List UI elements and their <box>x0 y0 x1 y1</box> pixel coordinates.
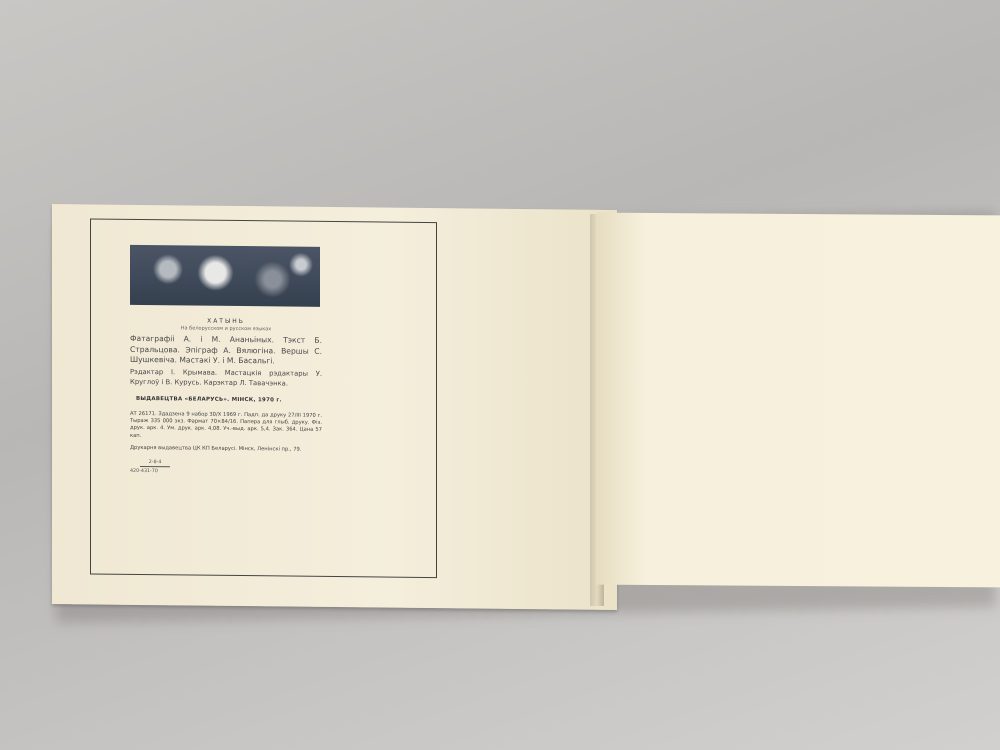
flower-photo <box>130 245 320 307</box>
right-page <box>596 213 1000 588</box>
colophon: ХАТЫНЬ На белорусском и русском языках Ф… <box>130 317 322 476</box>
book-subtitle: На белорусском и русском языках <box>130 325 322 333</box>
editors: Рэдактар І. Крымава. Мастацкія рэдактары… <box>130 366 322 388</box>
credits: Фатаграфіі А. і М. Ананьіных. Тэкст Б. С… <box>130 334 322 368</box>
imprint: АТ 26171. Здадзена 9 набор 30/X 1969 г. … <box>130 410 322 442</box>
printer: Друкарня выдавецтва ЦК КП Беларусі. Мінс… <box>130 445 322 454</box>
code-top: 2-8-4 <box>140 459 170 466</box>
publisher: ВЫДАВЕЦТВА «БЕЛАРУСЬ». МІНСК, 1970 г. <box>136 395 322 403</box>
left-page: ХАТЫНЬ На белорусском и русском языках Ф… <box>52 204 617 610</box>
